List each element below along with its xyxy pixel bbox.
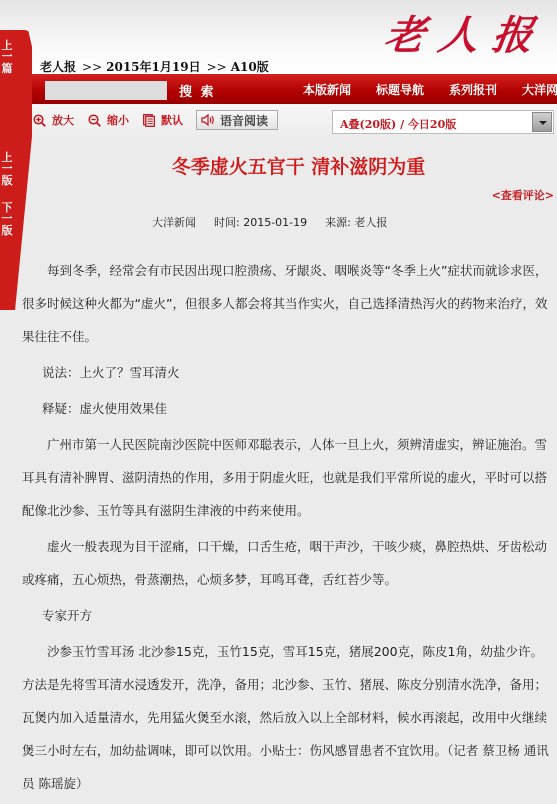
zoom-out-label: 缩小	[107, 112, 129, 128]
article-paragraph: 虚火一般表现为目干涩痛，口干燥，口舌生疮，咽干声沙，干咳少痰，鼻腔热烘、牙齿松动…	[20, 530, 555, 596]
zoom-in-label: 放大	[52, 112, 74, 128]
nav-link-page-news[interactable]: 本版新闻	[303, 81, 351, 98]
nav-link-dayoo[interactable]: 大洋网	[522, 81, 557, 98]
nav-links: 本版新闻 标题导航 系列报刊 大洋网	[303, 81, 557, 98]
newspaper-logo[interactable]: 老人报	[381, 4, 551, 61]
next-edition-link[interactable]: 下 一 版	[0, 200, 14, 238]
header-band: 老人报 老人报>>2015年1月19日>>A10版	[0, 0, 557, 74]
prev-article-link[interactable]: 上 一 篇	[0, 38, 14, 76]
article-paragraph: 每到冬季，经常会有市民因出现口腔溃疡、牙龈炎、咽喉炎等“冬季上火”症状而就诊求医…	[20, 254, 555, 353]
default-size-button[interactable]: 默认	[143, 112, 183, 128]
zoom-out-button[interactable]: 缩小	[88, 112, 129, 128]
prev-article-char: 篇	[2, 62, 13, 75]
article-paragraph: 广州市第一人民医院南沙医院中医师邓聪表示，人体一旦上火，须辨清虚实，辨证施治。雪…	[20, 428, 555, 527]
next-edition-char: 版	[2, 224, 13, 237]
breadcrumb-date[interactable]: 2015年1月19日	[106, 60, 200, 74]
voice-read-button[interactable]: 语音阅读	[196, 110, 278, 130]
zoom-in-button[interactable]: 放大	[33, 112, 74, 128]
breadcrumb-edition[interactable]: A10版	[231, 60, 269, 74]
view-comments-link[interactable]: <查看评论>	[492, 187, 554, 203]
document-icon	[143, 114, 155, 127]
breadcrumb: 老人报>>2015年1月19日>>A10版	[40, 58, 271, 75]
default-size-label: 默认	[161, 112, 183, 128]
zoom-in-icon	[33, 114, 46, 127]
next-edition-char: 一	[0, 215, 14, 223]
article-subheading: 释疑：虚火使用效果佳	[20, 392, 555, 425]
nav-link-title-nav[interactable]: 标题导航	[376, 81, 424, 98]
search-input[interactable]	[45, 81, 167, 100]
prev-article-char: 一	[0, 53, 14, 61]
meta-source: 来源: 老人报	[325, 214, 387, 230]
meta-time: 时间: 2015-01-19	[214, 214, 307, 230]
zoom-out-icon	[88, 114, 101, 127]
article-title: 冬季虚火五官干 清补滋阴为重	[0, 152, 557, 179]
edition-select-value: A叠(20版) / 今日20版	[340, 118, 456, 131]
article-subheading: 说法：上火了？雪耳清火	[20, 356, 555, 389]
reading-toolbar: 放大 缩小 默认 语音阅读 A叠(20版) / 今日20版	[26, 104, 557, 138]
search-button[interactable]: 搜 索	[179, 81, 216, 100]
breadcrumb-separator: >>	[82, 60, 102, 74]
dropdown-arrow-icon[interactable]	[532, 112, 552, 132]
nav-link-series[interactable]: 系列报刊	[449, 81, 497, 98]
article-paragraph: 沙参玉竹雪耳汤 北沙参15克，玉竹15克，雪耳15克，猪展200克，陈皮1角，幼…	[20, 635, 555, 800]
voice-read-label: 语音阅读	[220, 112, 268, 129]
breadcrumb-paper[interactable]: 老人报	[40, 60, 76, 74]
breadcrumb-separator: >>	[207, 60, 227, 74]
article-subheading: 专家开方	[20, 599, 555, 632]
main-navbar: 搜 索 本版新闻 标题导航 系列报刊 大洋网	[26, 74, 557, 104]
edition-select[interactable]: A叠(20版) / 今日20版	[332, 110, 554, 134]
article-body: 每到冬季，经常会有市民因出现口腔溃疡、牙龈炎、咽喉炎等“冬季上火”症状而就诊求医…	[20, 254, 555, 800]
meta-site: 大洋新闻	[152, 214, 196, 230]
article-meta: 大洋新闻 时间: 2015-01-19 来源: 老人报	[152, 214, 387, 230]
speaker-icon	[201, 114, 215, 126]
